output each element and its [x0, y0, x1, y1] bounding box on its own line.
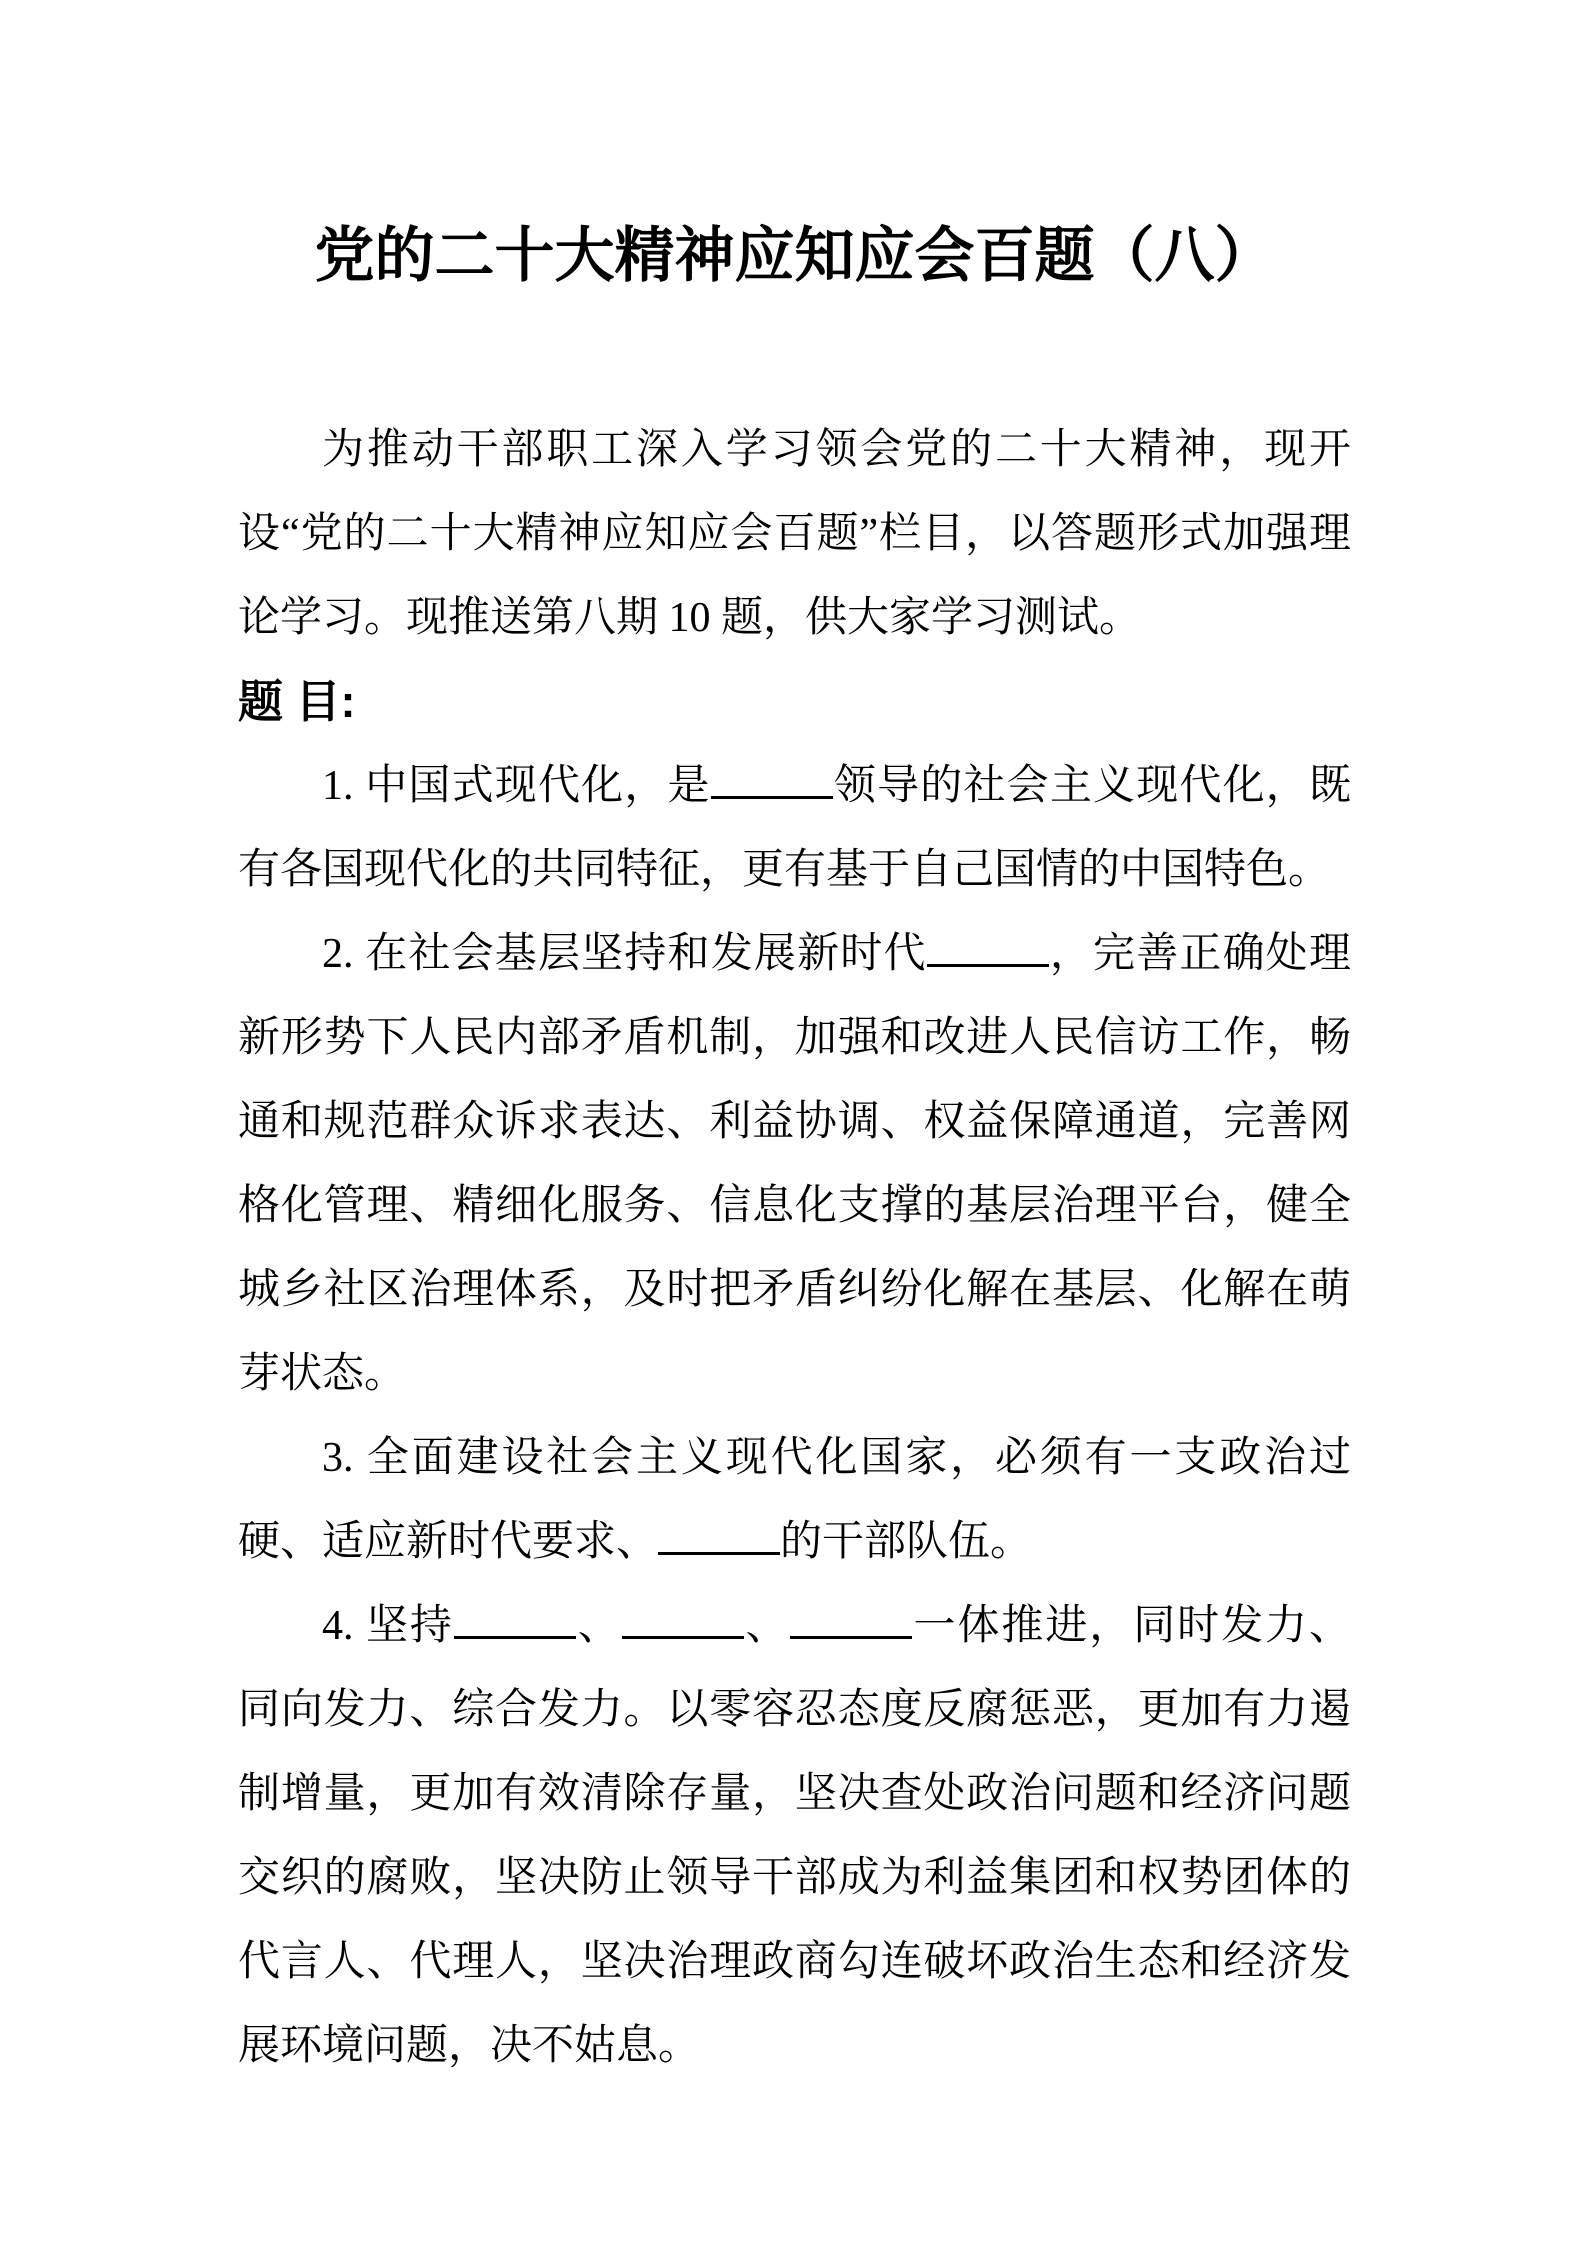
question-text-segment: 、 [744, 1603, 790, 1649]
fill-in-blank-underline [927, 926, 1049, 967]
questions-list: 1. 中国式现代化，是领导的社会主义现代化，既有各国现代化的共同特征，更有基于自… [238, 744, 1351, 2088]
question-paragraph: 1. 中国式现代化，是领导的社会主义现代化，既有各国现代化的共同特征，更有基于自… [238, 744, 1351, 912]
document-title: 党的二十大精神应知应会百题（八） [238, 210, 1351, 302]
fill-in-blank-underline [658, 1514, 780, 1555]
fill-in-blank-underline [622, 1598, 744, 1639]
question-text-segment: 2. 在社会基层坚持和发展新时代 [322, 931, 927, 977]
fill-in-blank-underline [454, 1598, 576, 1639]
question-text-segment: 4. 坚持 [322, 1603, 454, 1649]
document-page: 党的二十大精神应知应会百题（八） 为推动干部职工深入学习领会党的二十大精神，现开… [0, 0, 1587, 2245]
question-text-segment: ，完善正确处理新形势下人民内部矛盾机制，加强和改进人民信访工作，畅通和规范群众诉… [238, 931, 1351, 1397]
question-paragraph: 3. 全面建设社会主义现代化国家，必须有一支政治过硬、适应新时代要求、的干部队伍… [238, 1416, 1351, 1584]
question-paragraph: 2. 在社会基层坚持和发展新时代，完善正确处理新形势下人民内部矛盾机制，加强和改… [238, 912, 1351, 1416]
fill-in-blank-underline [711, 758, 833, 799]
question-text-segment: 1. 中国式现代化，是 [322, 763, 711, 809]
section-heading: 题 目: [238, 660, 1351, 744]
question-text-segment: 一体推进，同时发力、同向发力、综合发力。以零容忍态度反腐惩恶，更加有力遏制增量，… [238, 1603, 1351, 2069]
question-text-segment: 的干部队伍。 [780, 1519, 1032, 1565]
intro-paragraph: 为推动干部职工深入学习领会党的二十大精神，现开设“党的二十大精神应知应会百题”栏… [238, 408, 1351, 660]
question-text-segment: 、 [576, 1603, 622, 1649]
document-body: { "document": { "title": "党的二十大精神应知应会百题（… [0, 0, 1587, 2245]
question-paragraph: 4. 坚持、、一体推进，同时发力、同向发力、综合发力。以零容忍态度反腐惩恶，更加… [238, 1584, 1351, 2088]
fill-in-blank-underline [790, 1598, 912, 1639]
